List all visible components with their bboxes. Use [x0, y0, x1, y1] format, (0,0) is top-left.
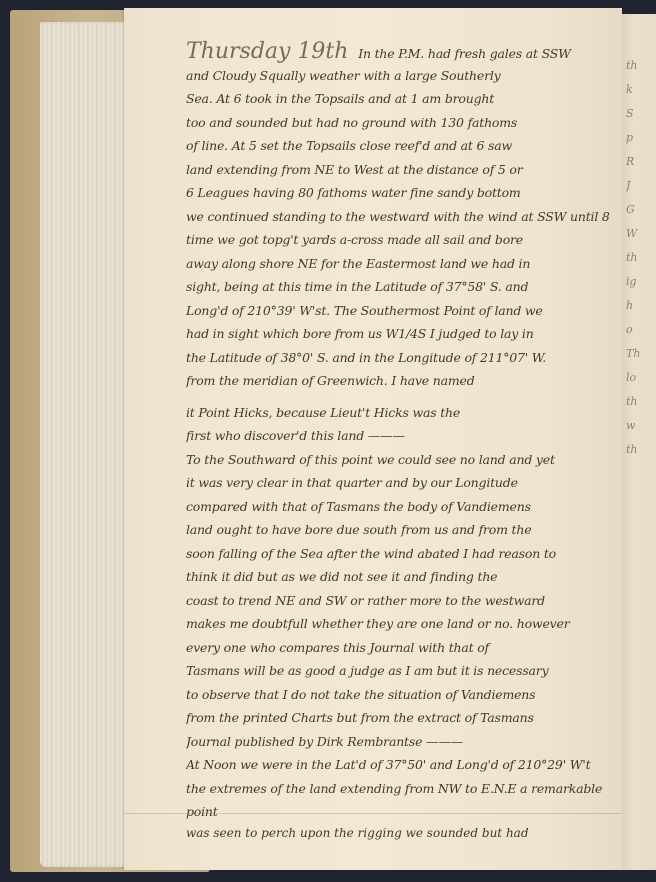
text-line: Long'd of 210°39' W'st. The Southermost … [186, 299, 611, 323]
text-line: to observe that I do not take the situat… [186, 683, 611, 707]
text-line: Tasmans will be as good a judge as I am … [186, 659, 611, 683]
text-line: soon falling of the Sea after the wind a… [186, 542, 611, 566]
text-line: 6 Leagues having 80 fathoms water fine s… [186, 181, 611, 205]
text-line: compared with that of Tasmans the body o… [186, 495, 611, 519]
catchword-text: was seen to perch upon the rigging we so… [186, 826, 529, 840]
text-line: of line. At 5 set the Topsails close ree… [186, 134, 611, 158]
text-line: land ought to have bore due south from u… [186, 518, 611, 542]
text-line: it was very clear in that quarter and by… [186, 471, 611, 495]
journal-entry: Thursday 19th In the P.M. had fresh gale… [186, 40, 611, 824]
facing-page: th k S p R J G W th ig h o Th lo th w th [618, 14, 656, 870]
text-line: In the P.M. had fresh gales at SSW [358, 46, 571, 61]
text-line: Sea. At 6 took in the Topsails and at 1 … [186, 87, 611, 111]
text-line: At Noon we were in the Lat'd of 37°50' a… [186, 753, 611, 777]
catchword-line: was seen to perch upon the rigging we so… [186, 826, 611, 841]
text-line: had in sight which bore from us W1/4S I … [186, 322, 611, 346]
text-line: sight, being at this time in the Latitud… [186, 275, 611, 299]
text-line: away along shore NE for the Eastermost l… [186, 252, 611, 276]
text-line: To the Southward of this point we could … [186, 448, 611, 472]
page-edges-stack [40, 22, 130, 867]
text-line: the extremes of the land extending from … [186, 777, 611, 801]
facing-page-text: th k S p R J G W th ig h o Th lo th w th [626, 54, 656, 462]
entry-first-line: Thursday 19th In the P.M. had fresh gale… [186, 40, 611, 64]
text-line-dirk-rembrantse: Journal published by Dirk Rembrantse ——— [186, 730, 611, 754]
text-line: time we got topg't yards a-cross made al… [186, 228, 611, 252]
text-line: from the printed Charts but from the ext… [186, 706, 611, 730]
text-line: and Cloudy Squally weather with a large … [186, 64, 611, 88]
text-line: first who discover'd this land ——— [186, 424, 611, 448]
text-line: land extending from NE to West at the di… [186, 158, 611, 182]
manuscript-page: Thursday 19th In the P.M. had fresh gale… [124, 8, 622, 870]
text-line: too and sounded but had no ground with 1… [186, 111, 611, 135]
text-line: the Latitude of 38°0' S. and in the Long… [186, 346, 611, 370]
manuscript-viewer: th k S p R J G W th ig h o Th lo th w th… [0, 0, 656, 882]
text-line: point [186, 800, 611, 824]
text-line: from the meridian of Greenwich. I have n… [186, 369, 611, 393]
date-heading: Thursday 19th [186, 40, 348, 64]
text-line: makes me doubtfull whether they are one … [186, 612, 611, 636]
text-line: every one who compares this Journal with… [186, 636, 611, 660]
text-line: we continued standing to the westward wi… [186, 205, 611, 229]
text-line-point-hicks: it Point Hicks, because Lieut't Hicks wa… [186, 401, 611, 425]
text-line: think it did but as we did not see it an… [186, 565, 611, 589]
text-line: coast to trend NE and SW or rather more … [186, 589, 611, 613]
